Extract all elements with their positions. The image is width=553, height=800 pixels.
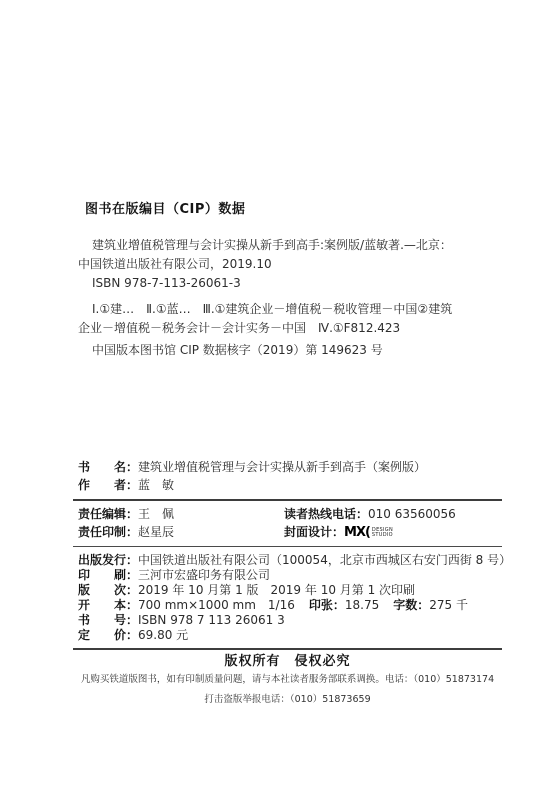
cover-design-row: 封面设计：MX(DESIGNSTUDIO	[284, 523, 502, 541]
edition-value: 2019 年 10 月第 1 版 2019 年 10 月第 1 次印刷	[138, 583, 415, 597]
divider-rule	[73, 648, 502, 650]
price-value: 69.80 元	[138, 628, 188, 642]
printing-supervisor-label: 责任印制：	[78, 525, 138, 539]
cip-heading: 图书在版编目（CIP）数据	[85, 200, 502, 219]
book-title-label: 书 名：	[78, 460, 138, 474]
divider-rule	[73, 499, 502, 501]
printing-supervisor-value: 赵星辰	[138, 525, 174, 539]
sheets-label: 印张：	[309, 598, 345, 612]
cip-isbn-line: ISBN 978-7-113-26061-3	[78, 274, 502, 293]
hotline-row: 读者热线电话：010 63560056	[284, 505, 502, 523]
piracy-report-line: 打击盗版举报电话：（010）51873659	[73, 690, 502, 710]
book-info-block: 书 名：建筑业增值税管理与会计实操从新手到高手（案例版） 作 者：蓝 敏 责任编…	[73, 458, 502, 710]
word-count-value: 275 千	[429, 598, 468, 612]
format-row: 开 本：700 mm×1000 mm 1/16印张：18.75字数：275 千	[78, 598, 502, 613]
cip-classification-line: 企业－增值税－税务会计－会计实务－中国 Ⅳ.①F812.423	[78, 319, 502, 338]
copyright-block: 版权所有 侵权必究 凡购买铁道版图书，如有印制质量问题，请与本社读者服务部联系调…	[73, 654, 502, 710]
divider-rule	[73, 546, 502, 547]
format-value: 700 mm×1000 mm 1/16	[138, 598, 295, 612]
cip-classification-line: Ⅰ.①建… Ⅱ.①蓝… Ⅲ.①建筑企业－增值税－税收管理－中国②建筑	[78, 300, 502, 319]
edition-row: 版 次：2019 年 10 月第 1 版 2019 年 10 月第 1 次印刷	[78, 583, 502, 598]
copyright-notice: 版权所有 侵权必究	[73, 654, 502, 670]
colophon-page: 图书在版编目（CIP）数据 建筑业增值税管理与会计实操从新手到高手:案例版/蓝敏…	[73, 200, 502, 710]
cover-design-logo-text: MX(	[344, 526, 370, 539]
publisher-label: 出版发行：	[78, 553, 138, 567]
printer-label: 印 刷：	[78, 568, 138, 582]
printer-row: 印 刷：三河市宏盛印务有限公司	[78, 568, 502, 583]
price-label: 定 价：	[78, 628, 138, 642]
book-author-value: 蓝 敏	[138, 478, 174, 492]
hotline-value: 010 63560056	[368, 507, 456, 521]
publication-block: 出版发行：中国铁道出版社有限公司（100054，北京市西城区右安门西街 8 号）…	[73, 553, 502, 643]
sheets-value: 18.75	[345, 598, 379, 612]
editor-label: 责任编辑：	[78, 507, 138, 521]
book-title-value: 建筑业增值税管理与会计实操从新手到高手（案例版）	[138, 460, 426, 474]
editor-value: 王 佩	[138, 507, 174, 521]
cover-design-logo: MX(DESIGNSTUDIO	[344, 526, 393, 539]
price-row: 定 价：69.80 元	[78, 628, 502, 643]
cip-description-line: 中国铁道出版社有限公司，2019.10	[78, 255, 502, 274]
service-contact-line: 凡购买铁道版图书，如有印制质量问题，请与本社读者服务部联系调换。电话：（010）…	[73, 670, 502, 690]
cover-design-logo-subtext: DESIGNSTUDIO	[372, 528, 393, 538]
book-author-label: 作 者：	[78, 478, 138, 492]
publisher-value: 中国铁道出版社有限公司（100054，北京市西城区右安门西街 8 号）	[138, 553, 511, 567]
printing-supervisor-row: 责任印制：赵星辰	[78, 523, 279, 541]
cover-design-label: 封面设计：	[284, 525, 344, 539]
edition-label: 版 次：	[78, 583, 138, 597]
hotline-label: 读者热线电话：	[284, 507, 368, 521]
word-count-label: 字数：	[393, 598, 429, 612]
editor-row: 责任编辑：王 佩	[78, 505, 279, 523]
book-author-row: 作 者：蓝 敏	[78, 476, 502, 494]
format-label: 开 本：	[78, 598, 138, 612]
isbn-label: 书 号：	[78, 613, 138, 627]
cip-record-number: 中国版本图书馆 CIP 数据核字（2019）第 149623 号	[78, 341, 502, 360]
isbn-value: ISBN 978 7 113 26061 3	[138, 613, 285, 627]
isbn-row: 书 号：ISBN 978 7 113 26061 3	[78, 613, 502, 628]
book-title-row: 书 名：建筑业增值税管理与会计实操从新手到高手（案例版）	[78, 458, 502, 476]
cip-description-line: 建筑业增值税管理与会计实操从新手到高手:案例版/蓝敏著.—北京：	[78, 236, 502, 255]
staff-block: 责任编辑：王 佩 读者热线电话：010 63560056 责任印制：赵星辰 封面…	[73, 505, 502, 541]
publisher-row: 出版发行：中国铁道出版社有限公司（100054，北京市西城区右安门西街 8 号）	[78, 553, 502, 568]
cip-description: 建筑业增值税管理与会计实操从新手到高手:案例版/蓝敏著.—北京： 中国铁道出版社…	[78, 236, 502, 293]
cover-design-logo-subline: STUDIO	[372, 533, 393, 538]
cip-classification: Ⅰ.①建… Ⅱ.①蓝… Ⅲ.①建筑企业－增值税－税收管理－中国②建筑 企业－增值…	[78, 300, 502, 338]
printer-value: 三河市宏盛印务有限公司	[138, 568, 270, 582]
